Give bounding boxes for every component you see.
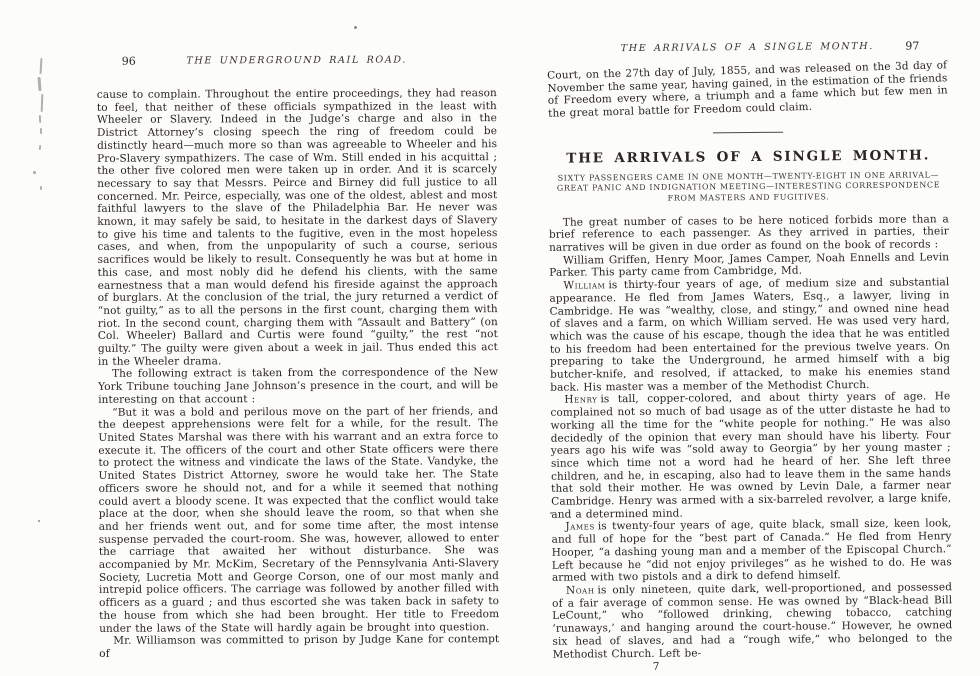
scan-speck — [38, 520, 40, 522]
paragraph-text: is thirty-four years of age, of medium s… — [549, 276, 950, 393]
paragraph-wheeler-trial: cause to complain. Throughout the entire… — [97, 87, 498, 368]
signature-mark: 7 — [653, 658, 953, 673]
paragraph-lead: Henry — [564, 394, 597, 406]
paragraph-text: is only nineteen, quite dark, well-propo… — [552, 581, 952, 660]
book-spread: 96 THE UNDERGROUND RAIL ROAD. cause to c… — [0, 0, 980, 676]
chapter-subtitle: SIXTY PASSENGERS CAME IN ONE MONTH—TWENT… — [552, 170, 944, 205]
page-97: THE ARRIVALS OF A SINGLE MONTH. 97 Court… — [547, 40, 952, 674]
pencil-mark — [41, 94, 44, 112]
page-97-header: THE ARRIVALS OF A SINGLE MONTH. 97 — [547, 40, 947, 56]
pencil-mark — [40, 186, 42, 190]
paragraph-court-continuation: Court, on the 27th day of July, 1855, an… — [547, 59, 948, 120]
paragraph-williamson: Mr. Williamson was committed to prison b… — [99, 633, 499, 660]
paragraph-tribune-extract: “But it was a bold and perilous move on … — [98, 405, 499, 635]
pencil-mark — [39, 145, 41, 150]
paragraph-text: The great number of cases to be here not… — [549, 213, 949, 254]
paragraph-text: is twenty-four years of age, quite black… — [552, 518, 952, 584]
chapter-title: THE ARRIVALS OF A SINGLE MONTH. — [548, 147, 948, 166]
paragraph-lead: Noah — [566, 584, 595, 596]
page-number-96: 96 — [122, 55, 136, 68]
pencil-mark — [38, 77, 42, 91]
section-divider — [713, 132, 783, 134]
paragraph-lead: William — [563, 279, 605, 291]
running-head-left: THE UNDERGROUND RAIL ROAD. — [97, 54, 497, 67]
page-number-97: 97 — [905, 40, 919, 53]
paragraph-noah: Noahis only nineteen, quite dark, well-p… — [552, 581, 953, 661]
running-head-right: THE ARRIVALS OF A SINGLE MONTH. — [547, 40, 947, 54]
paragraph-text: William Griffen, Henry Moor, James Campe… — [549, 251, 949, 279]
scan-speck — [354, 26, 357, 29]
pencil-mark — [40, 128, 42, 134]
pencil-mark — [33, 171, 36, 174]
paragraph-james: Jamesis twenty-four years of age, quite … — [551, 518, 952, 585]
page-96-header: 96 THE UNDERGROUND RAIL ROAD. — [97, 54, 497, 69]
pencil-mark — [40, 58, 43, 74]
pencil-mark — [39, 115, 41, 123]
paragraph-text: is tall, copper-colored, and about thirt… — [550, 391, 951, 521]
page-96: 96 THE UNDERGROUND RAIL ROAD. cause to c… — [97, 54, 500, 660]
paragraph-party-list: William Griffen, Henry Moor, James Campe… — [549, 251, 949, 280]
paragraph-lead: James — [565, 521, 594, 533]
paragraph-william: Williamis thirty-four years of age, of m… — [549, 276, 950, 394]
paragraph-henry: Henryis tall, copper-colored, and about … — [550, 391, 951, 522]
paragraph-intro: The great number of cases to be here not… — [549, 213, 949, 255]
paragraph-tribune-intro: The following extract is taken from the … — [98, 367, 498, 407]
